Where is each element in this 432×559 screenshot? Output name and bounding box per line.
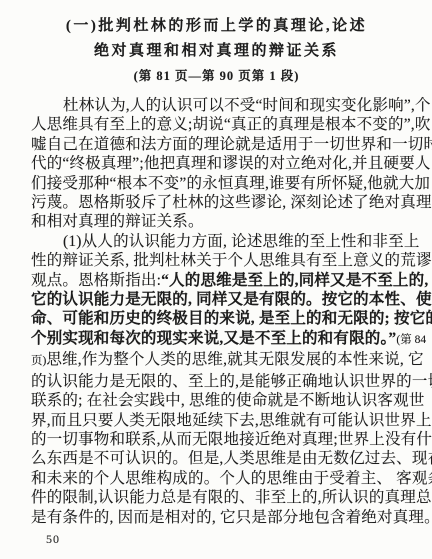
body-line: 嘘自己在道德和法方面的理论就是适用于一切世界和一切时 [31,135,402,154]
text-segment: 代的“终极真理”;他把真理和谬误的对立绝对化,并且硬要人 [31,155,431,172]
body-line: 是有条件的, 因而是相对的, 它只是部分地包含着绝对真理。 [31,508,402,527]
text-segment: 人思维具有至上的意义;胡说“真正的真理是根本不变的”,吹 [31,116,431,133]
title-line: (第 81 页—第 90 页第 1 段) [31,65,402,87]
page-number: 50 [46,532,60,547]
text-segment: 页) [31,355,46,367]
text-segment: 个别实现和每次的现实来说,又是不至上的和有限的。” [31,330,396,347]
scan-page: (一)批判杜林的形而上学的真理论,论述绝对真理和相对真理的辩证关系(第 81 页… [0,0,432,559]
text-segment: 嘘自己在道德和法方面的理论就是适用于一切世界和一切时 [31,136,432,153]
body-line: 命、可能和历史的终极目的来说, 是至上的和无限的; 按它的 [31,309,402,328]
text-segment: 是有条件的, 因而是相对的, 它只是部分地包含着绝对真理。 [31,509,432,526]
body-line: 污蔑。恩格斯驳斥了杜林的这些谬论, 深刻论述了绝对真理 [31,193,402,212]
text-segment: 么东西是不可认识的。但是,人类思维是由无数亿过去、现在 [31,450,432,467]
body-line: 件的限制,认识能力总是有限的、非至上的,所认识的真理总 [31,488,402,507]
text-segment: 命、可能和历史的终极目的来说, 是至上的和无限的; 按它的 [31,310,432,327]
body-line: 和未来的个人思维构成的。个人的思维由于受着主、 客观条 [31,469,402,488]
text-segment: 污蔑。恩格斯驳斥了杜林的这些谬论, 深刻论述了绝对真理 [31,194,432,211]
text-segment: 们接受那种“根本不变”的永恒真理,谁要有所怀疑,他就大加 [31,175,430,192]
body-line: 人思维具有至上的意义;胡说“真正的真理是根本不变的”,吹 [31,115,402,134]
body-line: 界,而且只要人类无限地延续下去,思维就有可能认识世界上 [31,411,402,430]
text-segment: 件的限制,认识能力总是有限的、非至上的,所认识的真理总 [31,489,432,506]
text-segment: 的一切事物和联系,从而无限地接近绝对真理;世界上没有什 [31,431,432,448]
body-line: 杜林认为,人的认识可以不受“时间和现实变化影响”,个 [31,96,402,115]
text-segment: 性的辩证关系, 批判杜林关于个人思维具有至上意义的荒谬 [31,252,432,269]
body-line: 代的“终极真理”;他把真理和谬误的对立绝对化,并且硬要人 [31,154,402,173]
body-line: 页)思维,作为整个人类的思维,就其无限发展的本性来说, 它 [31,350,402,371]
text-segment: 的认识能力是无限的、至上的,是能够正确地认识世界的一切 [31,373,432,390]
body-line: 和相对真理的辩证关系。 [31,212,402,231]
body-line: (1)从人的认识能力方面, 论述思维的至上性和非至上 [31,232,402,251]
text-segment: 和未来的个人思维构成的。个人的思维由于受着主、 客观条 [31,470,432,487]
text-segment: 它的认识能力是无限的, 同样又是有限的。按它的本性、使 [31,291,432,308]
text-segment: (第 84 [396,334,426,346]
text-segment: 和相对真理的辩证关系。 [31,213,204,230]
text-segment: 界,而且只要人类无限地延续下去,思维就有可能认识世界上 [31,412,432,429]
text-segment: “人的思维是至上的,同样又是不至上的, [161,272,428,289]
body-line: 个别实现和每次的现实来说,又是不至上的和有限的。”(第 84 [31,329,402,350]
body-line: 性的辩证关系, 批判杜林关于个人思维具有至上意义的荒谬 [31,251,402,270]
text-segment: 观点。恩格斯指出: [31,272,161,289]
body-line: 的一切事物和联系,从而无限地接近绝对真理;世界上没有什 [31,430,402,449]
text-segment: 思维,作为整个人类的思维,就其无限发展的本性来说, 它 [46,351,423,368]
body-block: 杜林认为,人的认识可以不受“时间和现实变化影响”,个人思维具有至上的意义;胡说“… [31,96,402,527]
text-segment: 杜林认为,人的认识可以不受“时间和现实变化影响”,个 [63,97,431,114]
text-segment: (1)从人的认识能力方面, 论述思维的至上性和非至上 [63,233,420,250]
body-line: 的认识能力是无限的、至上的,是能够正确地认识世界的一切 [31,372,402,391]
body-line: 观点。恩格斯指出:“人的思维是至上的,同样又是不至上的, [31,271,402,290]
title-line: (一)批判杜林的形而上学的真理论,论述 [31,14,402,39]
title-line: 绝对真理和相对真理的辩证关系 [31,39,402,64]
body-line: 它的认识能力是无限的, 同样又是有限的。按它的本性、使 [31,290,402,309]
body-line: 联系的; 在社会实践中, 思维的使命就是不断地认识客观世 [31,391,402,410]
text-segment: 联系的; 在社会实践中, 思维的使命就是不断地认识客观世 [31,392,425,409]
body-line: 么东西是不可认识的。但是,人类思维是由无数亿过去、现在 [31,449,402,468]
body-line: 们接受那种“根本不变”的永恒真理,谁要有所怀疑,他就大加 [31,174,402,193]
title-block: (一)批判杜林的形而上学的真理论,论述绝对真理和相对真理的辩证关系(第 81 页… [31,14,402,87]
